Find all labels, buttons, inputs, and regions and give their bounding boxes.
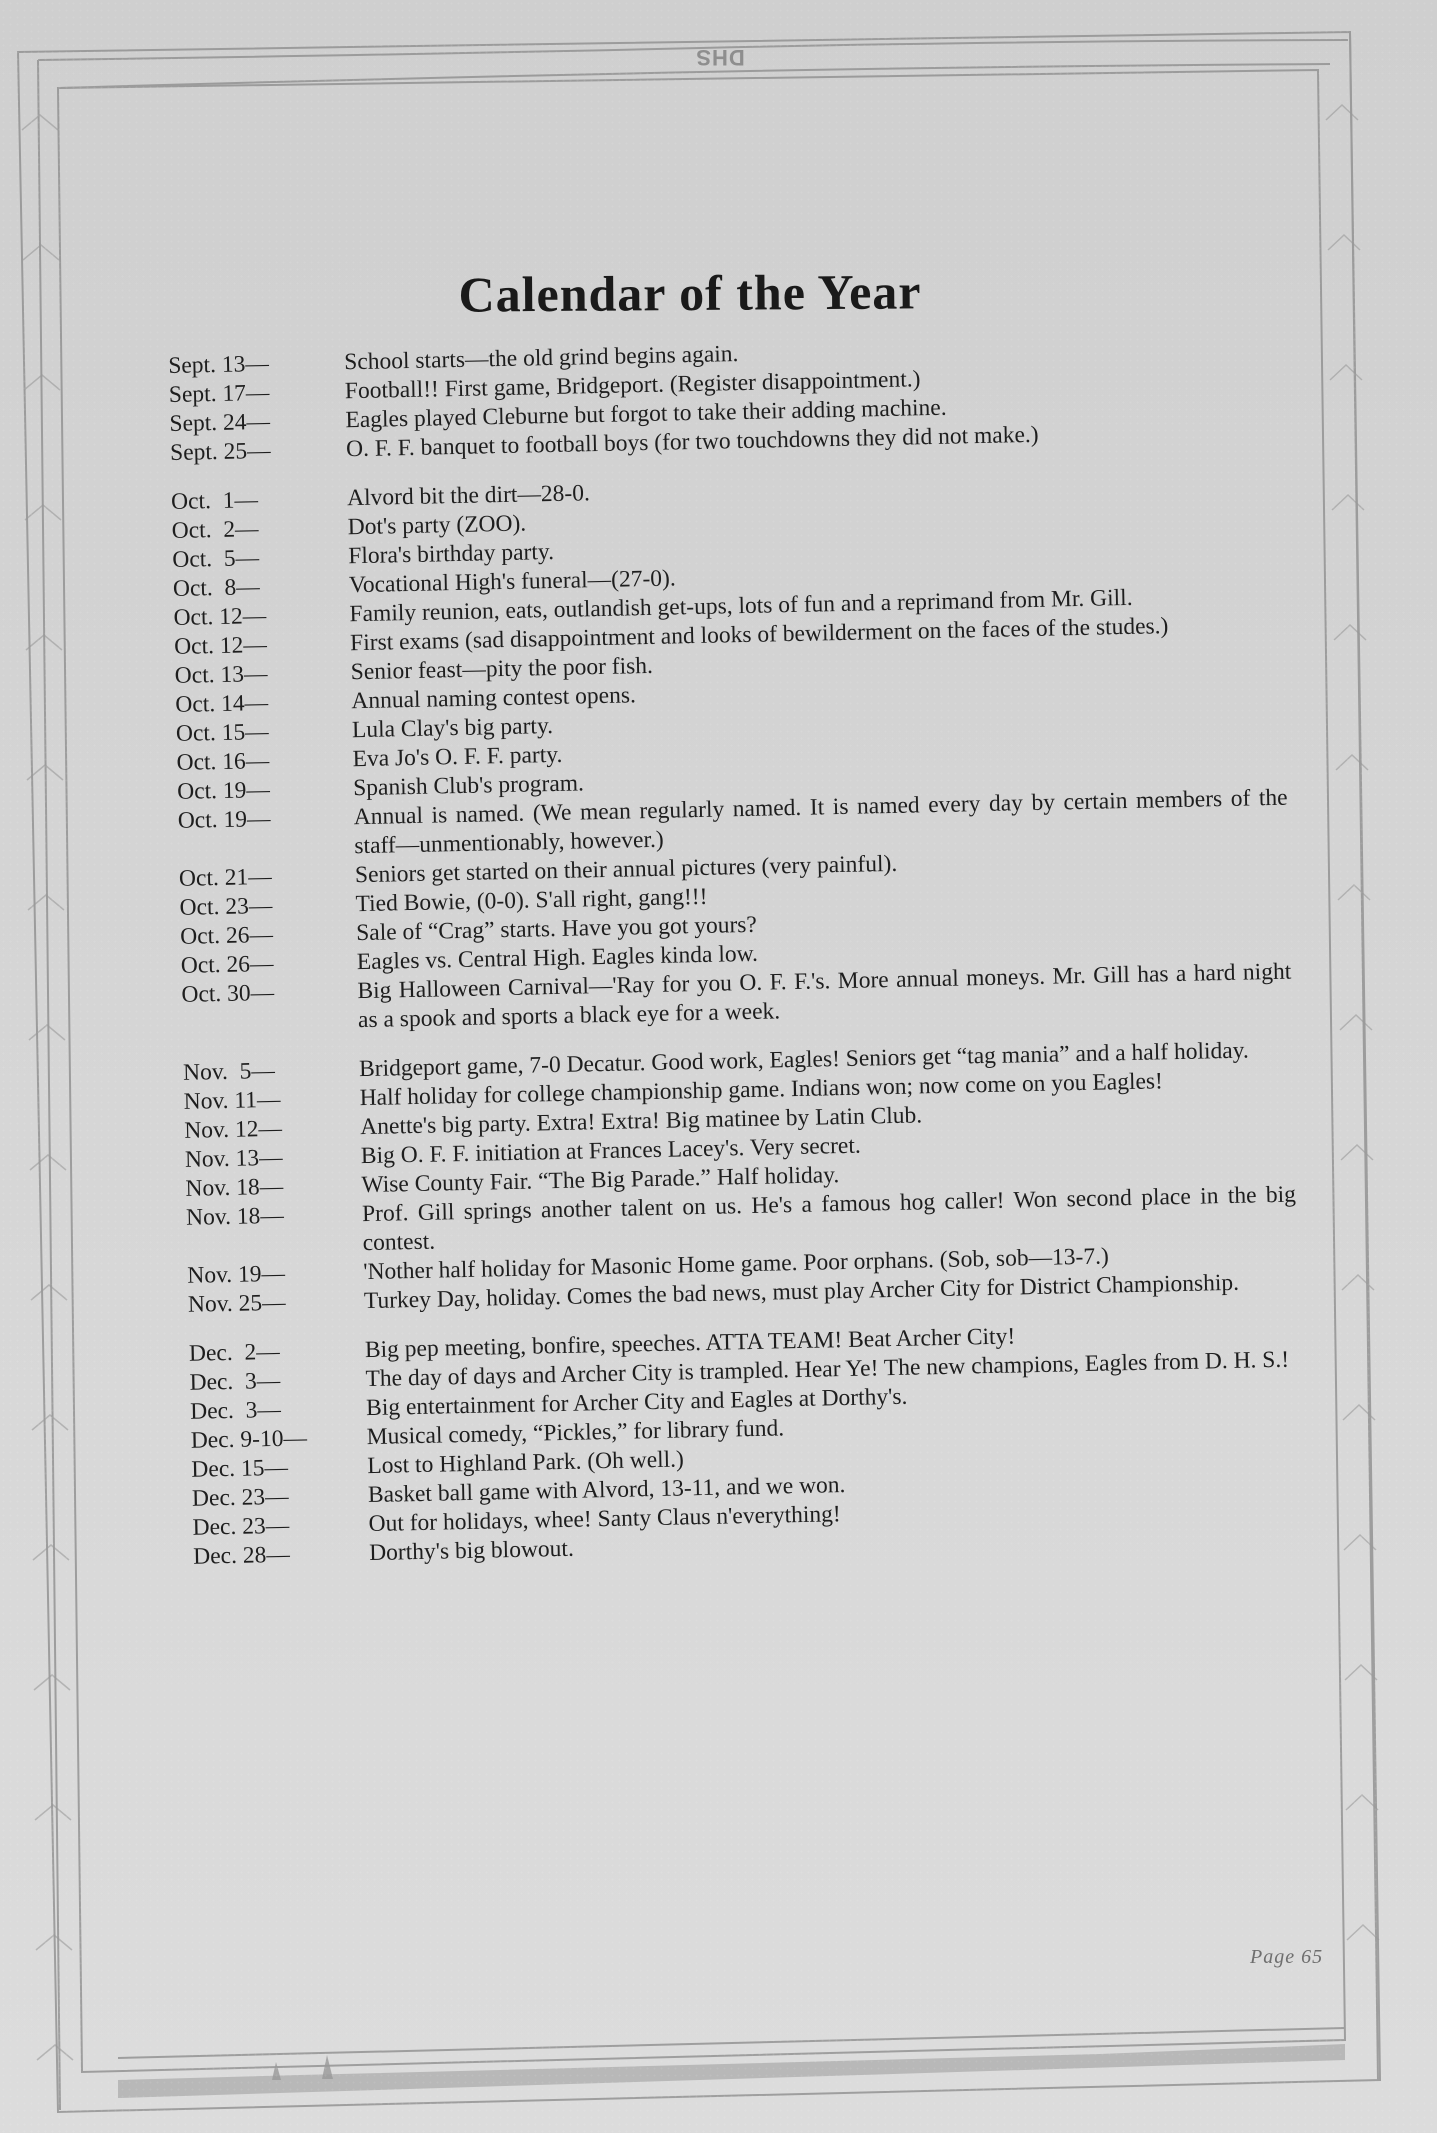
entry-date: Dec. 9-10— [191, 1424, 308, 1455]
entry-date: Oct. 1— [171, 486, 258, 517]
entry-date: Sept. 17— [169, 379, 270, 410]
entry-date: Oct. 5— [172, 544, 259, 575]
entry-date: Nov. 19— [187, 1260, 285, 1291]
entry-date: Nov. 11— [183, 1086, 280, 1117]
entry-date: Oct. 19— [178, 805, 271, 836]
entry-date: Oct. 30— [181, 979, 274, 1010]
entry-date: Oct. 12— [174, 631, 267, 662]
entry-date: Nov. 18— [186, 1202, 284, 1233]
calendar-entries: Sept. 13—School starts—the old grind beg… [168, 329, 1313, 1572]
entry-date: Nov. 13— [185, 1144, 283, 1175]
entry-date: Dec. 23— [192, 1512, 289, 1543]
entry-date: Oct. 13— [174, 660, 267, 691]
entry-date: Oct. 8— [173, 573, 260, 604]
entry-date: Oct. 19— [177, 776, 270, 807]
month-group-december: Dec. 2—Big pep meeting, bonfire, speeche… [189, 1316, 1314, 1571]
entry-date: Sept. 25— [170, 437, 271, 468]
entry-date: Nov. 25— [188, 1289, 286, 1320]
page-title: Calendar of the Year [0, 259, 1380, 327]
entry-date: Sept. 24— [169, 408, 270, 439]
entry-date: Nov. 12— [184, 1115, 282, 1146]
entry-date: Nov. 5— [183, 1057, 275, 1088]
entry-date: Dec. 3— [189, 1367, 280, 1398]
page-number: Page 65 [1250, 1946, 1323, 1969]
entry-date: Oct. 16— [176, 747, 269, 778]
entry-date: Oct. 26— [181, 950, 274, 981]
entry-date: Oct. 26— [180, 921, 273, 952]
entry-date: Oct. 15— [176, 718, 269, 749]
month-group-september: Sept. 13—School starts—the old grind beg… [168, 329, 1290, 468]
entry-date: Oct. 23— [179, 892, 272, 923]
entry-date: Sept. 13— [168, 350, 269, 381]
dhs-monogram-ornament: DHS [640, 30, 800, 70]
entry-date: Oct. 21— [179, 863, 272, 894]
entry-date: Dec. 23— [192, 1483, 289, 1514]
month-group-november: Nov. 5—Bridgeport game, 7-0 Decatur. Goo… [183, 1035, 1308, 1319]
entry-date: Dec. 2— [189, 1338, 280, 1369]
entry-date: Oct. 14— [175, 689, 268, 720]
entry-date: Oct. 2— [171, 515, 258, 546]
yearbook-page: DHS Calendar of the Year Sept. 13—School… [0, 0, 1437, 2133]
entry-date: Dec. 15— [191, 1454, 288, 1485]
entry-date: Dec. 28— [193, 1541, 290, 1572]
entry-date: Nov. 18— [185, 1173, 283, 1204]
month-group-october: Oct. 1—Alvord bit the dirt—28-0.Oct. 2—D… [171, 465, 1302, 1039]
entry-date: Oct. 12— [173, 602, 266, 633]
entry-date: Dec. 3— [190, 1396, 281, 1427]
